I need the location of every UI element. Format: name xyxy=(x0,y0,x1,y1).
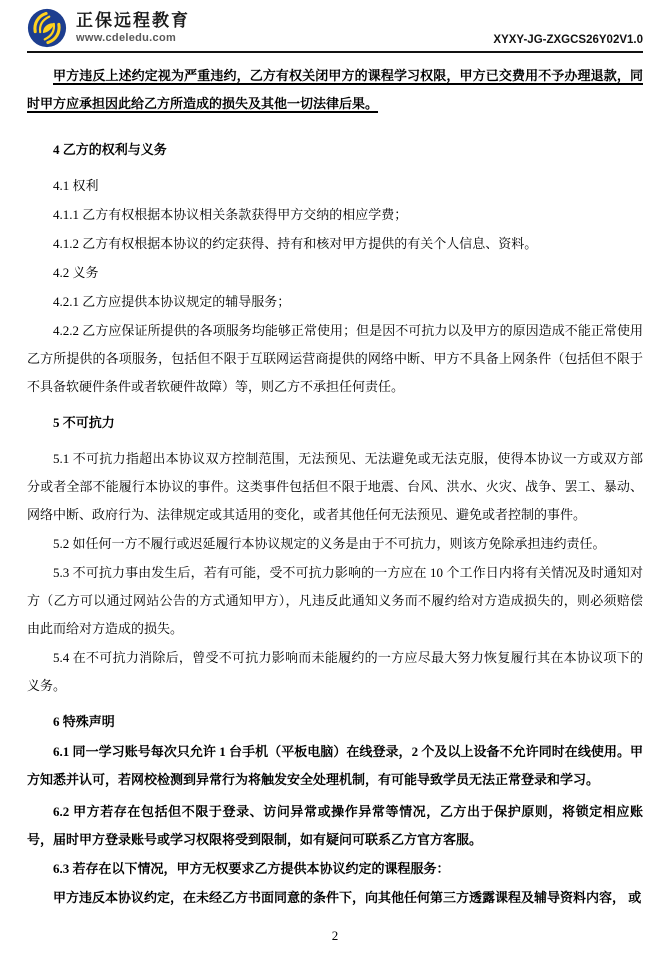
para-5-1: 5.1 不可抗力指超出本协议双方控制范围，无法预见、无法避免或无法克服，使得本协… xyxy=(27,445,643,529)
para-5-2: 5.2 如任何一方不履行或迟延履行本协议规定的义务是由于不可抗力，则该方免除承担… xyxy=(27,530,643,558)
para-6-3: 6.3 若存在以下情况，甲方无权要求乙方提供本协议约定的课程服务： xyxy=(27,855,643,883)
brand-name: 正保远程教育 xyxy=(76,12,190,31)
para-breach-consequences: 甲方违反上述约定视为严重违约，乙方有权关闭甲方的课程学习权限，甲方已交费用不予办… xyxy=(27,62,643,118)
para-4-2-obligations: 4.2 义务 xyxy=(27,259,643,287)
heading-section-6-special-statement: 6 特殊声明 xyxy=(27,708,643,736)
para-4-2-1: 4.2.1 乙方应提供本协议规定的辅导服务； xyxy=(27,288,643,316)
heading-section-5-force-majeure: 5 不可抗力 xyxy=(27,409,643,437)
para-6-1: 6.1 同一学习账号每次只允许 1 台手机（平板电脑）在线登录，2 个及以上设备… xyxy=(27,738,643,794)
brand-logo: 正保远程教育 www.cdeledu.com xyxy=(27,8,190,48)
document-body: 甲方违反上述约定视为严重违约，乙方有权关闭甲方的课程学习权限，甲方已交费用不予办… xyxy=(0,53,670,912)
document-code: XYXY-JG-ZXGCS26Y02V1.0 xyxy=(493,34,643,48)
document-page: 正保远程教育 www.cdeledu.com XYXY-JG-ZXGCS26Y0… xyxy=(0,0,670,954)
para-6-2: 6.2 甲方若存在包括但不限于登录、访问异常或操作异常等情况，乙方出于保护原则，… xyxy=(27,798,643,854)
para-4-1-rights: 4.1 权利 xyxy=(27,172,643,200)
para-4-1-2: 4.1.2 乙方有权根据本协议的约定获得、持有和核对甲方提供的有关个人信息、资料… xyxy=(27,230,643,258)
para-4-1-1: 4.1.1 乙方有权根据本协议相关条款获得甲方交纳的相应学费； xyxy=(27,201,643,229)
para-5-4: 5.4 在不可抗力消除后，曾受不可抗力影响而未能履约的一方应尽最大努力恢复履行其… xyxy=(27,644,643,700)
para-6-3-item: 甲方违反本协议约定，在未经乙方书面同意的条件下，向其他任何第三方透露课程及辅导资… xyxy=(27,884,643,912)
para-5-3: 5.3 不可抗力事由发生后，若有可能，受不可抗力影响的一方应在 10 个工作日内… xyxy=(27,559,643,643)
brand-url: www.cdeledu.com xyxy=(76,32,190,44)
heading-section-4: 4 乙方的权利与义务 xyxy=(27,136,643,164)
para-4-2-2: 4.2.2 乙方应保证所提供的各项服务均能够正常使用；但是因不可抗力以及甲方的原… xyxy=(27,317,643,401)
page-number: 2 xyxy=(0,928,670,944)
page-header: 正保远程教育 www.cdeledu.com XYXY-JG-ZXGCS26Y0… xyxy=(0,0,670,53)
swirl-logo-icon xyxy=(27,8,67,48)
